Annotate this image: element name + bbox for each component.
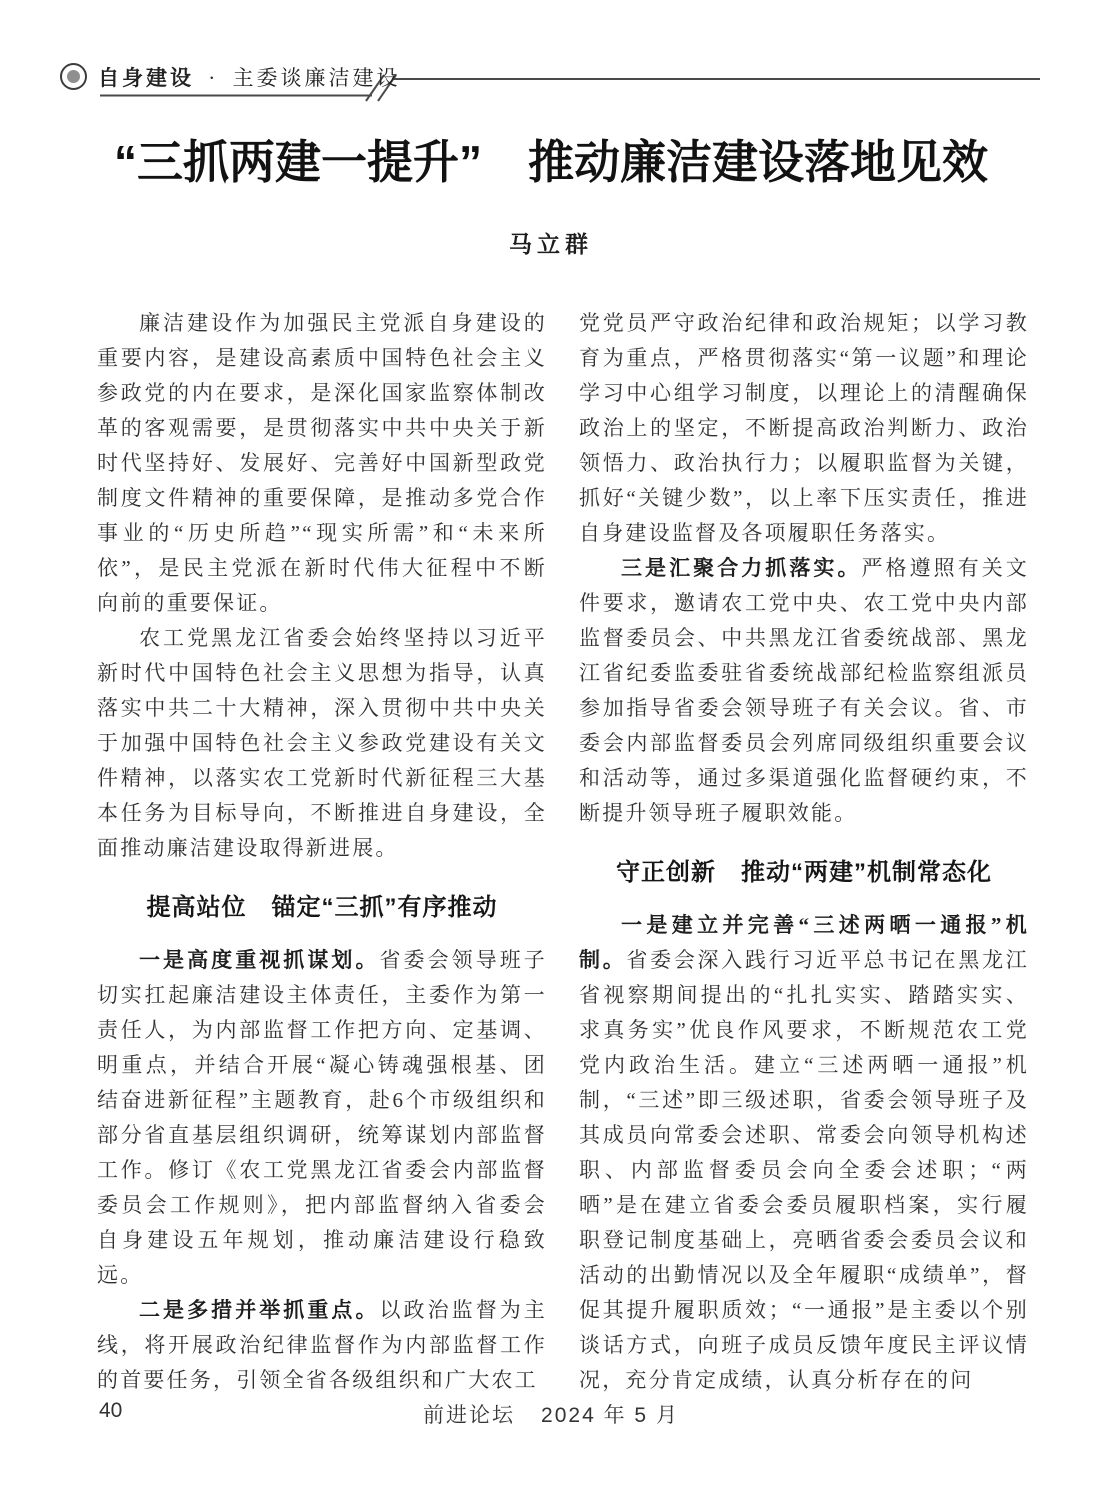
header-section-label: 自身建设 · 主委谈廉洁建设 — [98, 62, 401, 92]
paragraph: 廉洁建设作为加强民主党派自身建设的重要内容，是建设高素质中国特色社会主义参政党的… — [97, 306, 547, 621]
paragraph-text: 廉洁建设作为加强民主党派自身建设的重要内容，是建设高素质中国特色社会主义参政党的… — [97, 311, 547, 615]
paragraph-text: 省委会深入践行习近平总书记在黑龙江省视察期间提出的“扎扎实实、踏踏实实、求真务实… — [579, 948, 1029, 1392]
bullseye-icon — [60, 63, 87, 90]
paragraph-lead: 一是高度重视抓谋划。 — [139, 948, 380, 972]
paragraph-lead: 二是多措并举抓重点。 — [139, 1298, 380, 1322]
paragraph: 一是高度重视抓谋划。省委会领导班子切实扛起廉洁建设主体责任，主委作为第一责任人，… — [97, 943, 547, 1293]
right-column: 党党员严守政治纪律和政治规矩；以学习教育为重点，严格贯彻落实“第一议题”和理论学… — [579, 306, 1029, 1398]
paragraph-lead: 三是汇聚合力抓落实。 — [621, 556, 862, 580]
magazine-page: 自身建设 · 主委谈廉洁建设 “三抓两建一提升” 推动廉洁建设落地见效 马立群 … — [0, 0, 1102, 1496]
paragraph-text: 省委会领导班子切实扛起廉洁建设主体责任，主委作为第一责任人，为内部监督工作把方向… — [97, 948, 547, 1287]
header-category: 自身建设 — [98, 66, 194, 90]
header-topic: 主委谈廉洁建设 — [233, 66, 401, 90]
paragraph-text: 农工党黑龙江省委会始终坚持以习近平新时代中国特色社会主义思想为指导，认真落实中共… — [97, 626, 547, 860]
paragraph: 二是多措并举抓重点。以政治监督为主线，将开展政治纪律监督作为内部监督工作的首要任… — [97, 1293, 547, 1398]
paragraph-text: 党党员严守政治纪律和政治规矩；以学习教育为重点，严格贯彻落实“第一议题”和理论学… — [579, 311, 1029, 545]
footer-journal-line: 前进论坛2024 年 5 月 — [0, 1399, 1102, 1429]
left-column: 廉洁建设作为加强民主党派自身建设的重要内容，是建设高素质中国特色社会主义参政党的… — [97, 306, 547, 1398]
article-author: 马立群 — [0, 226, 1102, 259]
paragraph: 农工党黑龙江省委会始终坚持以习近平新时代中国特色社会主义思想为指导，认真落实中共… — [97, 621, 547, 866]
section-heading: 守正创新 推动“两建”机制常态化 — [579, 857, 1029, 889]
journal-issue: 2024 年 5 月 — [541, 1404, 679, 1427]
paragraph: 三是汇聚合力抓落实。严格遵照有关文件要求，邀请农工党中央、农工党中央内部监督委员… — [579, 551, 1029, 831]
journal-name: 前进论坛 — [423, 1404, 515, 1427]
article-title: “三抓两建一提升” 推动廉洁建设落地见效 — [0, 126, 1102, 192]
header-rule-decoration — [0, 0, 1102, 110]
section-heading: 提高站位 锚定“三抓”有序推动 — [97, 892, 547, 924]
paragraph-text: 严格遵照有关文件要求，邀请农工党中央、农工党中央内部监督委员会、中共黑龙江省委统… — [579, 556, 1029, 825]
paragraph: 一是建立并完善“三述两晒一通报”机制。省委会深入践行习近平总书记在黑龙江省视察期… — [579, 908, 1029, 1398]
paragraph: 党党员严守政治纪律和政治规矩；以学习教育为重点，严格贯彻落实“第一议题”和理论学… — [579, 306, 1029, 551]
header-separator: · — [208, 66, 218, 90]
